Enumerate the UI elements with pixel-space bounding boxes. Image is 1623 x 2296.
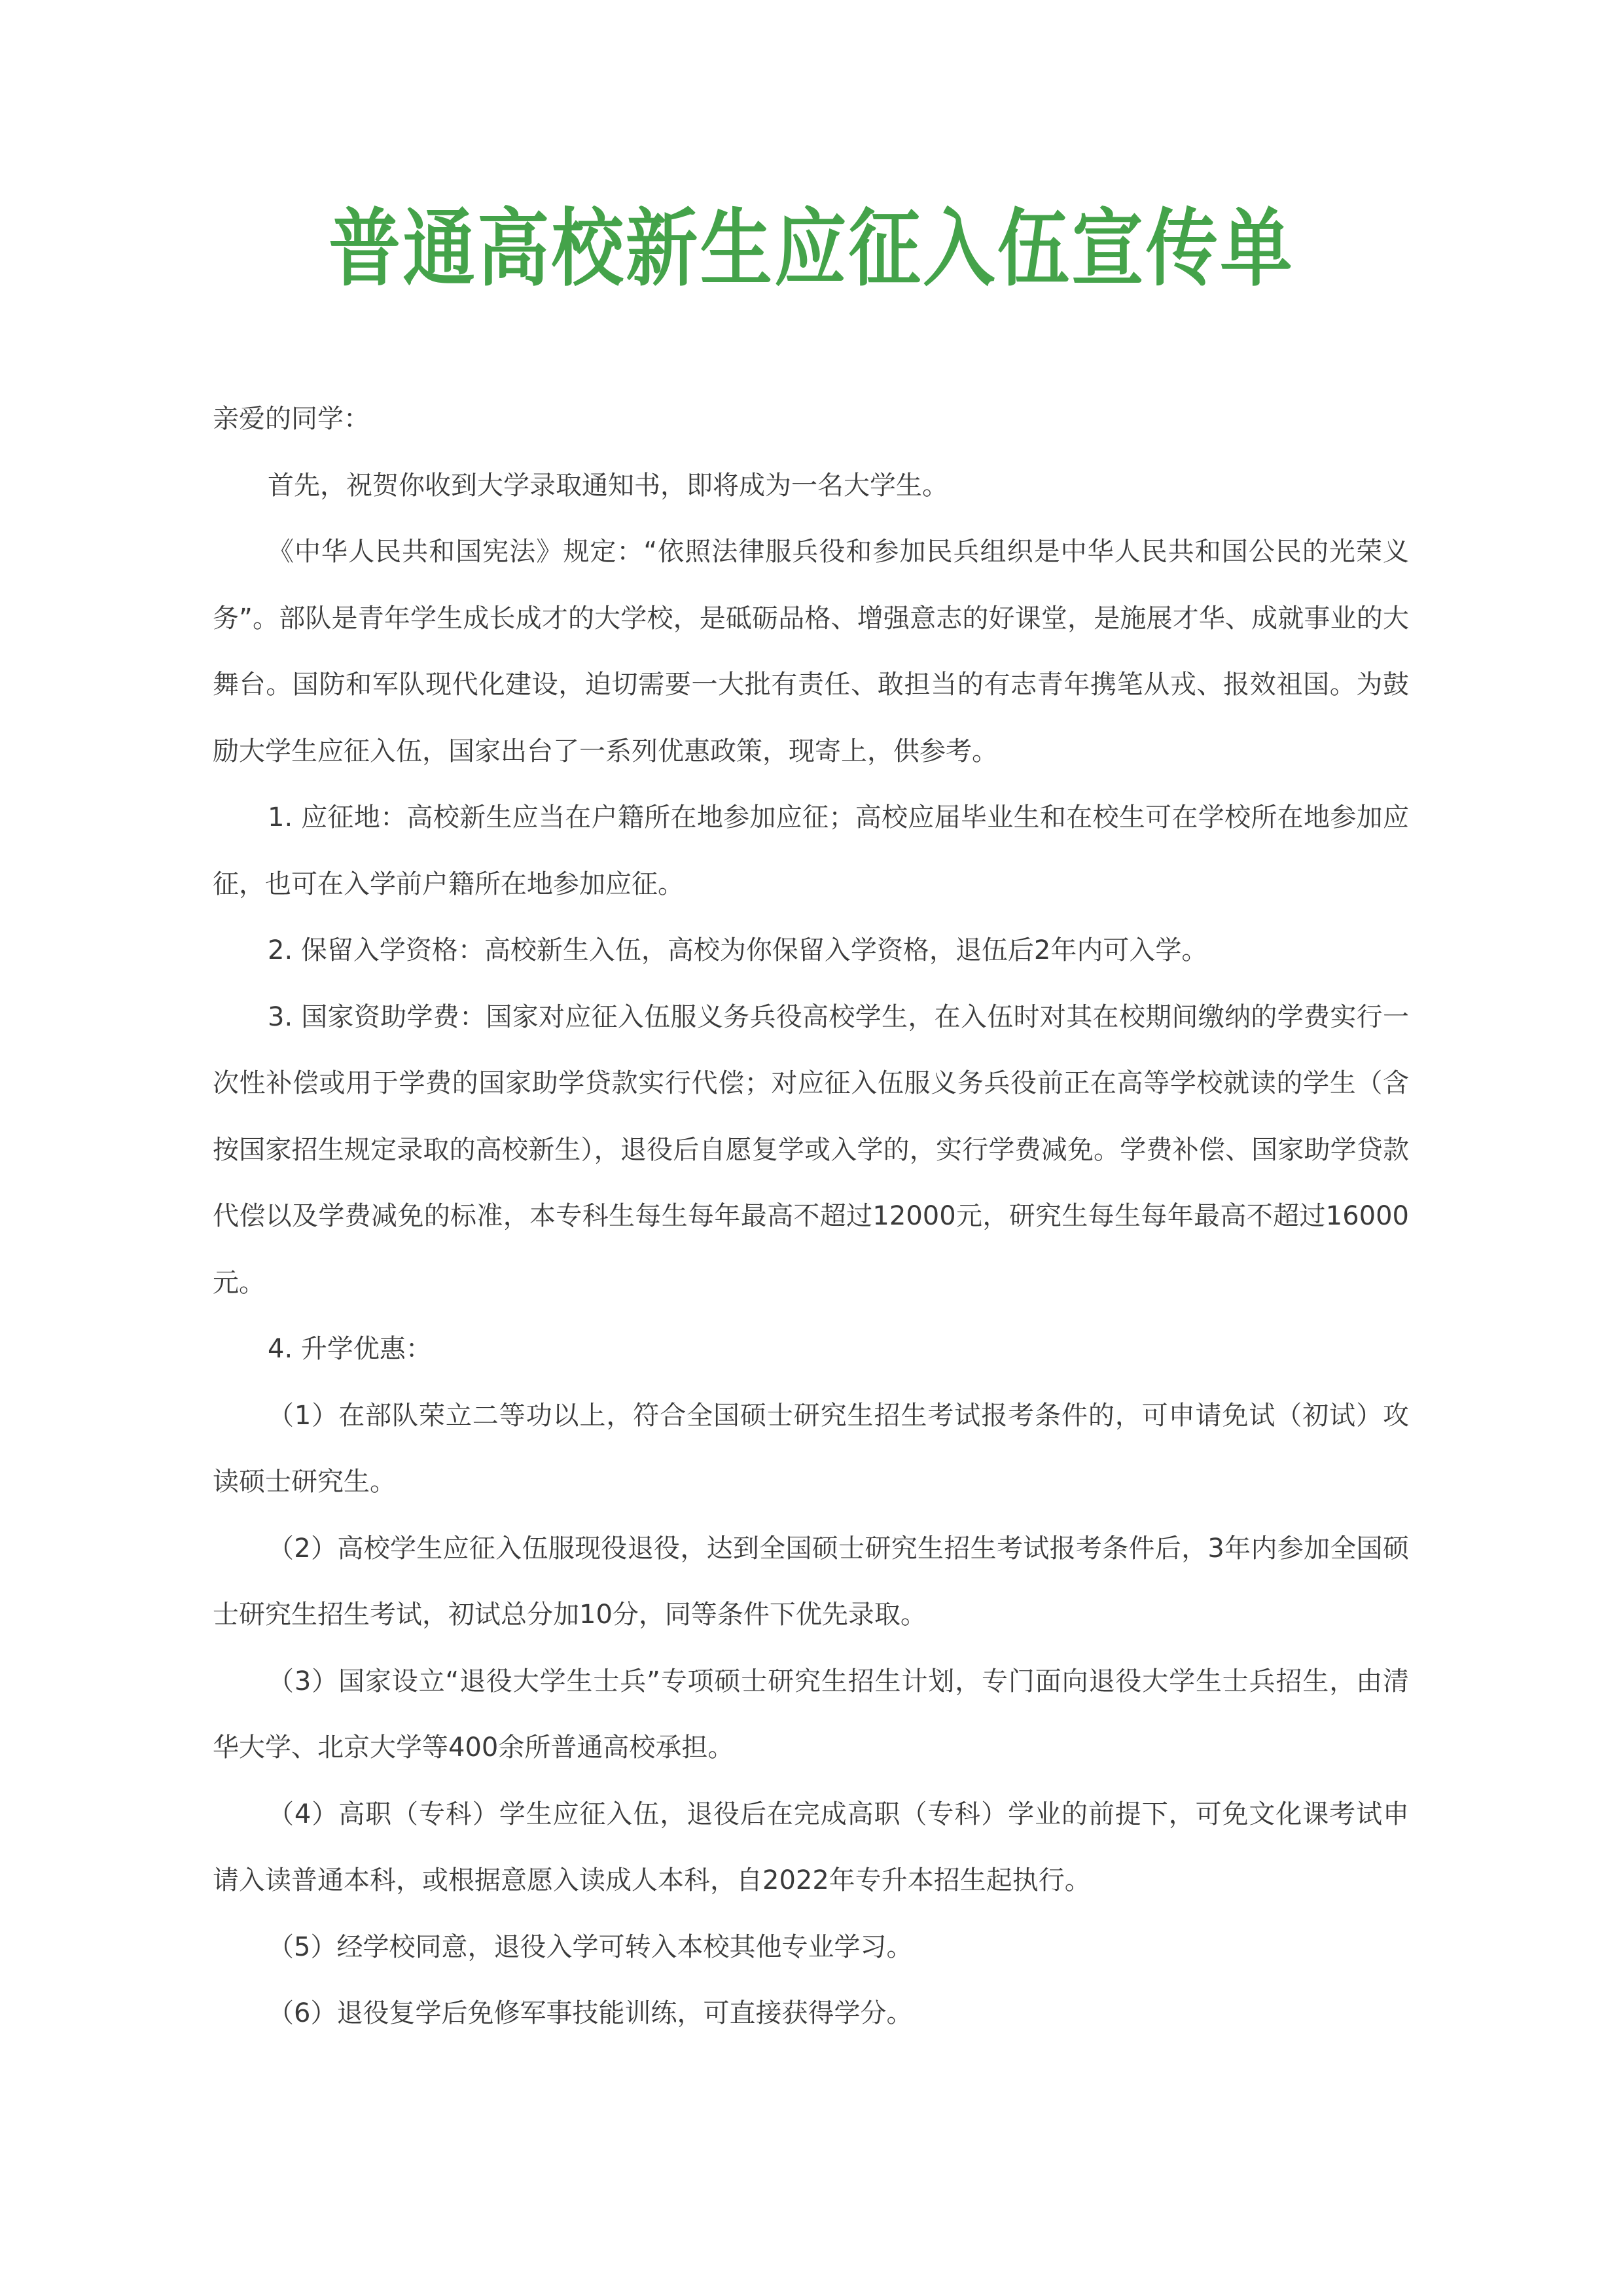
policy-item-tuition-aid: 3. 国家资助学费：国家对应征入伍服义务兵役高校学生，在入伍时对其在校期间缴纳的… bbox=[213, 984, 1409, 1317]
policy-item-further-study: 4. 升学优惠： bbox=[213, 1316, 1409, 1383]
sub-item-bonus-points: （2）高校学生应征入伍服现役退役，达到全国硕士研究生招生考试报考条件后，3年内参… bbox=[213, 1516, 1409, 1649]
sub-item-exam-exemption: （1）在部队荣立二等功以上，符合全国硕士研究生招生考试报考条件的，可申请免试（初… bbox=[213, 1383, 1409, 1516]
sub-item-military-training-exempt: （6）退役复学后免修军事技能训练，可直接获得学分。 bbox=[213, 1981, 1409, 2047]
sub-item-special-plan: （3）国家设立“退役大学生士兵”专项硕士研究生招生计划，专门面向退役大学生士兵招… bbox=[213, 1649, 1409, 1782]
paragraph-constitution: 《中华人民共和国宪法》规定：“依照法律服兵役和参加民兵组织是中华人民共和国公民的… bbox=[213, 519, 1409, 785]
policy-item-enlistment-location: 1. 应征地：高校新生应当在户籍所在地参加应征；高校应届毕业生和在校生可在学校所… bbox=[213, 785, 1409, 918]
sub-item-major-transfer: （5）经学校同意，退役入学可转入本校其他专业学习。 bbox=[213, 1914, 1409, 1981]
document-page: 普通高校新生应征入伍宣传单 亲爱的同学： 首先，祝贺你收到大学录取通知书，即将成… bbox=[0, 0, 1623, 2296]
paragraph-congrats: 首先，祝贺你收到大学录取通知书，即将成为一名大学生。 bbox=[213, 453, 1409, 520]
sub-item-upgrade-to-bachelor: （4）高职（专科）学生应征入伍，退役后在完成高职（专科）学业的前提下，可免文化课… bbox=[213, 1782, 1409, 1914]
policy-item-retain-admission: 2. 保留入学资格：高校新生入伍，高校为你保留入学资格，退伍后2年内可入学。 bbox=[213, 918, 1409, 984]
document-body: 亲爱的同学： 首先，祝贺你收到大学录取通知书，即将成为一名大学生。 《中华人民共… bbox=[213, 386, 1409, 2047]
page-title: 普通高校新生应征入伍宣传单 bbox=[114, 196, 1510, 301]
greeting: 亲爱的同学： bbox=[213, 386, 1409, 453]
